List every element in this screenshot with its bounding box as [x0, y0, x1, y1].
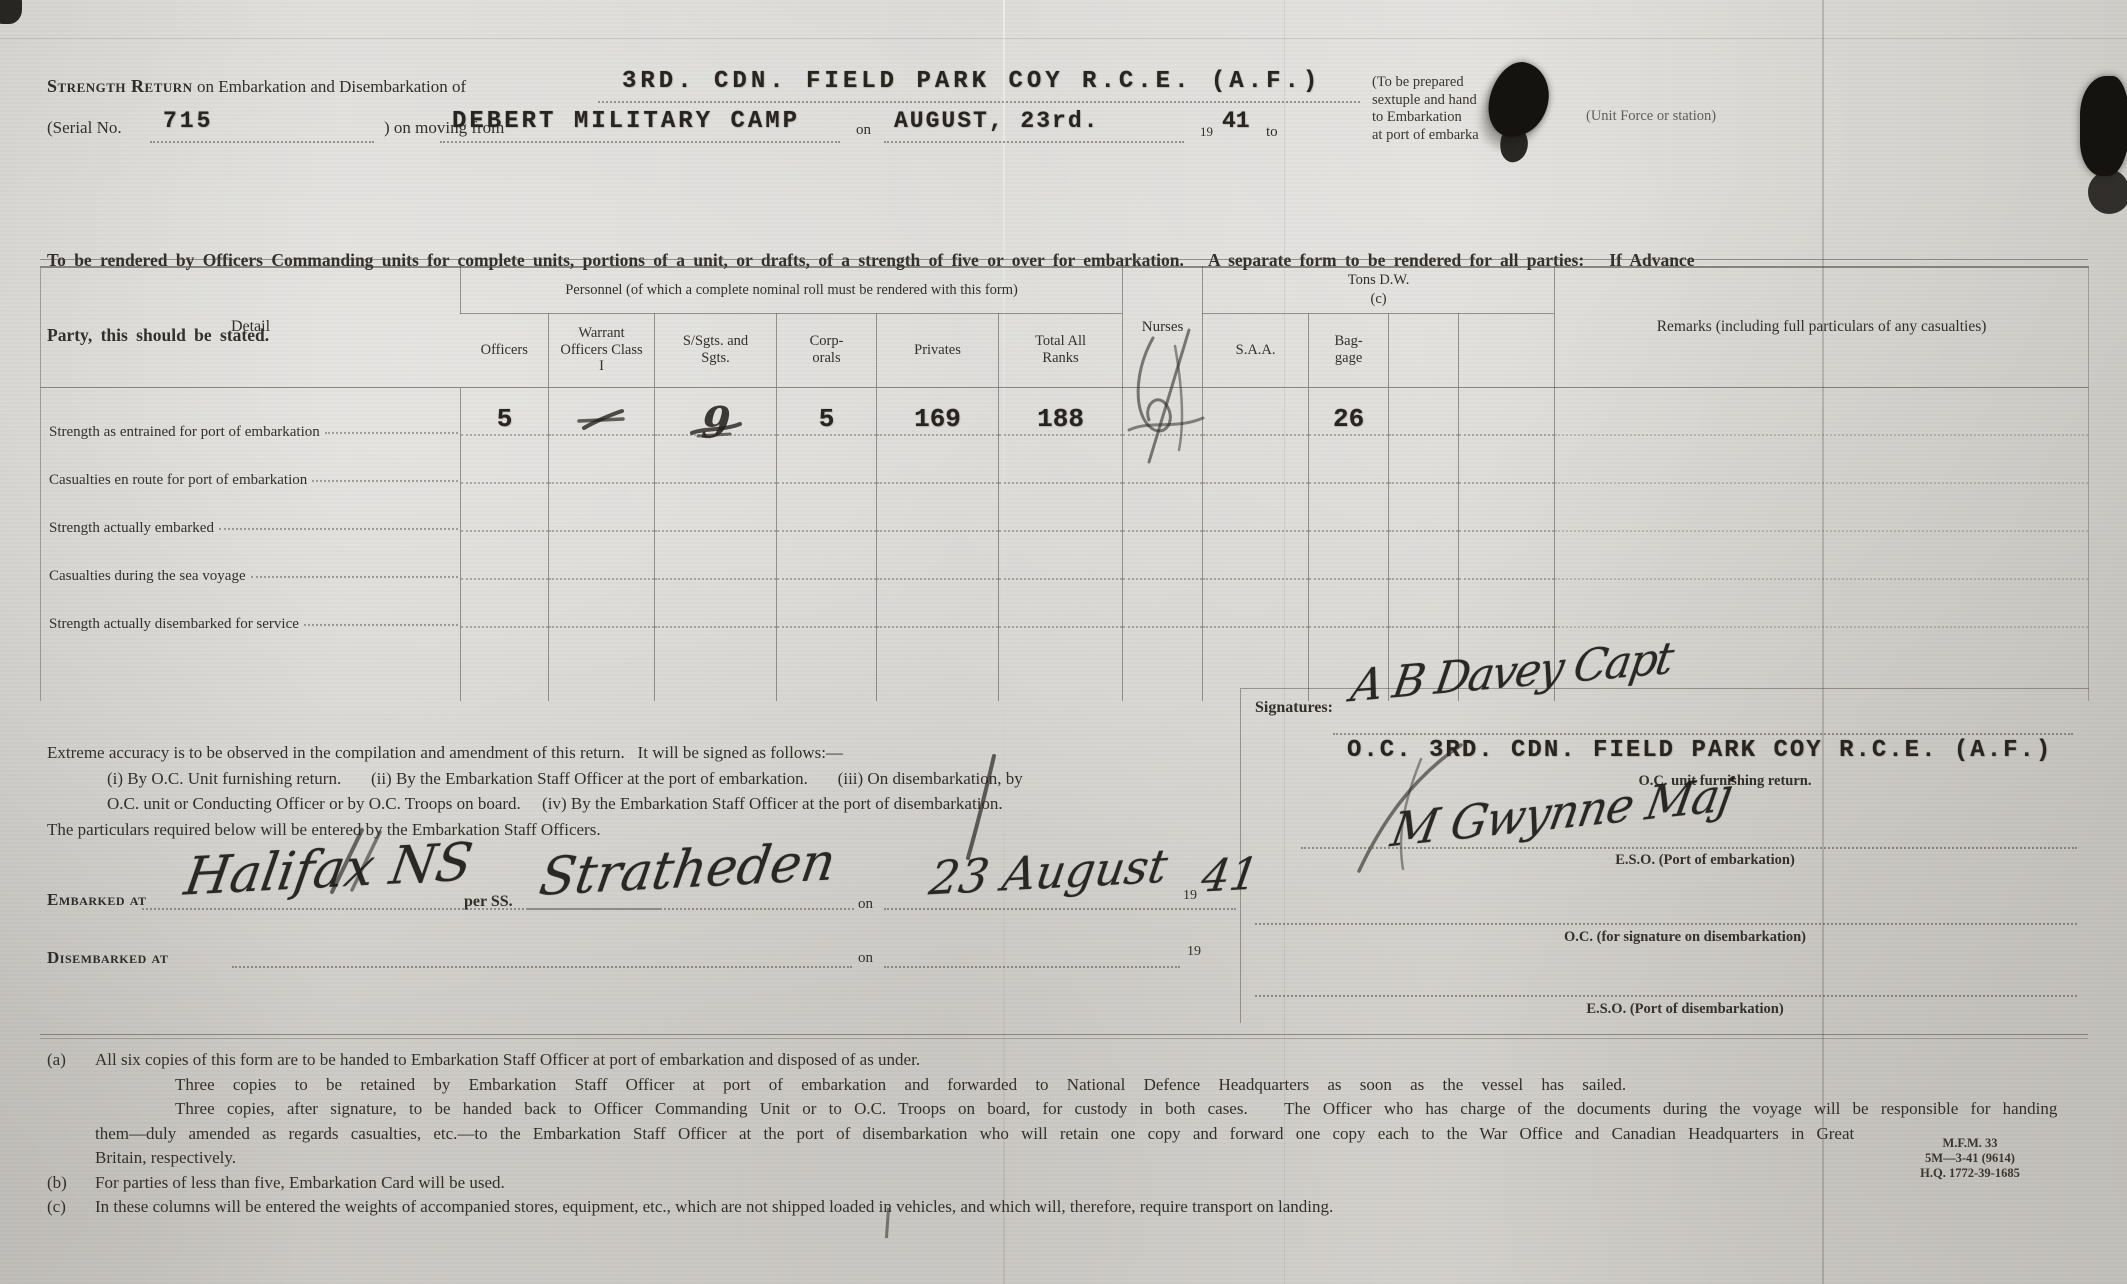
footnotes: (a)All six copies of this form are to be…: [47, 1048, 2088, 1220]
per-ss-label: per SS.: [464, 893, 513, 911]
dotted-leader: [655, 434, 776, 436]
scan-scratch: [0, 38, 2127, 39]
stray-pen-stroke: [962, 752, 1002, 862]
dotted-leader: [1123, 434, 1202, 436]
cell-nurses: [1123, 445, 1203, 493]
table-row: Strength as entrained for port of embark…: [41, 387, 2089, 445]
accuracy-intro: Extreme accuracy is to be observed in th…: [47, 740, 1237, 766]
personnel-header: Personnel (of which a complete nominal r…: [461, 267, 1123, 313]
row-label-cell: Strength actually embarked: [41, 493, 461, 541]
cell-warrant: [549, 387, 655, 445]
on-label: on: [856, 122, 871, 139]
accuracy-instructions: Extreme accuracy is to be observed in th…: [47, 740, 1237, 842]
cell-warrant: [549, 445, 655, 493]
cell-blank: [1389, 589, 1459, 637]
row-label-cell: Strength actually disembarked for servic…: [41, 589, 461, 637]
row-label-cell: Casualties during the sea voyage: [41, 541, 461, 589]
cell-baggage: [1309, 445, 1389, 493]
print-references: M.F.M. 33 5M—3-41 (9614) H.Q. 1772-39-16…: [1880, 1136, 2060, 1181]
cell-privates: 169: [877, 387, 999, 445]
cell-remarks: [1555, 387, 2089, 445]
cell-corporals: 5: [777, 387, 877, 445]
row-label-cell: Casualties en route for port of embarkat…: [41, 445, 461, 493]
footer-rule: [40, 1034, 2088, 1035]
cell-saa: [1203, 493, 1309, 541]
cell-total: [999, 493, 1123, 541]
dotted-leader: [325, 432, 458, 434]
blank-line: [884, 141, 1184, 143]
table-row: Casualties during the sea voyage: [41, 541, 2089, 589]
cell-warrant: [549, 541, 655, 589]
col-header-warrant: Warrant Officers Class I: [549, 313, 655, 387]
dotted-leader: [777, 434, 876, 436]
col-header-baggage: Bag- gage: [1309, 313, 1389, 387]
prepare-note-line: at port of embarka: [1372, 127, 1479, 145]
dotted-leader: [1389, 434, 1458, 436]
cell-total: [999, 589, 1123, 637]
scanned-form-page: Strength Return on Embarkation and Disem…: [0, 0, 2127, 1284]
embark-date-entry: 23 August: [926, 839, 1171, 906]
tons-header-text: Tons D.W. (c): [1340, 271, 1418, 309]
remarks-header: Remarks (including full particulars of a…: [1555, 267, 2089, 387]
signature-line: [1255, 923, 2077, 925]
cell-baggage: [1309, 541, 1389, 589]
cell-blank: [1389, 493, 1459, 541]
blank-line: [232, 966, 852, 968]
eso-embark-caption: E.S.O. (Port of embarkation): [1241, 852, 2127, 869]
accuracy-outro: The particulars required below will be e…: [47, 817, 1237, 843]
col-header-corporals: Corp- orals: [777, 313, 877, 387]
dotted-leader: [877, 434, 998, 436]
cell-blank: [1459, 541, 1555, 589]
cell-blank: [1459, 387, 1555, 445]
blank-line: [598, 101, 1360, 103]
footnote-a-sub2-cont: them—duly amended as regards casualties,…: [47, 1122, 2088, 1147]
dotted-leader: [1309, 434, 1388, 436]
cell-blank: [1459, 445, 1555, 493]
cell-baggage: [1309, 589, 1389, 637]
signatures-box: Signatures: A B Davey Capt O.C. 3RD. CDN…: [1240, 688, 2089, 1023]
origin-entry: DEBERT MILITARY CAMP: [452, 108, 800, 135]
embark-ship-entry: Stratheden: [535, 832, 839, 908]
year-print: 19: [1200, 124, 1213, 140]
station-caption: (Unit Force or station): [1586, 108, 1716, 125]
ink-blot: [2088, 170, 2127, 214]
cell-officers: [461, 445, 549, 493]
unit-name-entry: 3RD. CDN. FIELD PARK COY R.C.E. (A.F.): [622, 68, 1321, 95]
blank-line: [884, 908, 1236, 910]
cell-total: [999, 541, 1123, 589]
footnote-text: In these columns will be entered the wei…: [95, 1197, 1333, 1216]
print-ref-line: M.F.M. 33: [1880, 1136, 2060, 1151]
signature-line: [1301, 847, 2077, 849]
col-header-saa: S.A.A.: [1203, 313, 1309, 387]
year-entry: 41: [1222, 108, 1250, 134]
cell-ssgts: [655, 493, 777, 541]
footnote-text: All six copies of this form are to be ha…: [95, 1050, 920, 1069]
to-label: to: [1266, 124, 1278, 141]
footnote-a-sub2: Three copies, after signature, to be han…: [47, 1097, 2088, 1122]
blank-line: [528, 908, 854, 910]
cell-warrant: [549, 493, 655, 541]
cell-blank: [1459, 493, 1555, 541]
cell-saa: [1203, 589, 1309, 637]
embark-year-print: 19: [1183, 888, 1197, 904]
dotted-leader: [1459, 434, 1554, 436]
blank-line: [440, 141, 840, 143]
cell-officers: [461, 493, 549, 541]
prepare-note: (To be prepared sextuple and hand to Emb…: [1372, 74, 1530, 144]
accuracy-items-2: O.C. unit or Conducting Officer or by O.…: [47, 791, 1237, 817]
cell-blank: [1389, 541, 1459, 589]
cell-total: [999, 445, 1123, 493]
cell-officers: [461, 541, 549, 589]
cell-officers: 5: [461, 387, 549, 445]
corner-smudge: [0, 0, 22, 24]
col-header-blank: [1389, 313, 1459, 387]
dotted-leader: [999, 434, 1122, 436]
cell-corporals: [777, 589, 877, 637]
signatures-label: Signatures:: [1255, 699, 1333, 717]
form-title: Strength Return: [47, 76, 193, 96]
cell-nurses: [1123, 589, 1203, 637]
footnote-b: (b)For parties of less than five, Embark…: [47, 1171, 2088, 1196]
dotted-leader: [251, 576, 458, 578]
footnote-a-sub2-end: Britain, respectively.: [47, 1146, 2088, 1171]
prepare-note-line: (To be prepared: [1372, 74, 1464, 92]
disembark-on-label: on: [858, 950, 873, 967]
table-top-rule: [40, 259, 2088, 260]
footnote-c: (c)In these columns will be entered the …: [47, 1195, 2088, 1220]
dotted-leader: [1203, 434, 1308, 436]
cell-baggage: [1309, 493, 1389, 541]
strength-table: Detail Personnel (of which a complete no…: [40, 266, 2089, 701]
ink-blot: [2080, 76, 2127, 176]
cell-remarks: [1555, 493, 2089, 541]
cell-blank: [1389, 387, 1459, 445]
cell-corporals: [777, 493, 877, 541]
row-label: Strength actually embarked: [41, 520, 214, 541]
footer-rule: [40, 1038, 2088, 1039]
col-header-officers: Officers: [461, 313, 549, 387]
cell-officers: [461, 589, 549, 637]
table-row: Strength actually disembarked for servic…: [41, 589, 2089, 637]
move-date-entry: AUGUST, 23rd.: [894, 108, 1099, 134]
cell-ssgts: 9: [655, 387, 777, 445]
prepare-note-line: sextuple and hand: [1372, 92, 1477, 110]
cell-corporals: [777, 541, 877, 589]
row-label: Strength actually disembarked for servic…: [41, 616, 299, 637]
cell-total: 188: [999, 387, 1123, 445]
blank-line: [884, 966, 1180, 968]
cell-ssgts: [655, 589, 777, 637]
blank-line: [150, 141, 374, 143]
disembarked-at-label: Disembarked at: [47, 948, 168, 968]
embark-port-entry: Halifax NS: [180, 832, 476, 908]
cell-blank: [1459, 589, 1555, 637]
embark-on-label: on: [858, 896, 873, 913]
cell-privates: [877, 445, 999, 493]
print-ref-line: H.Q. 1772-39-1685: [1880, 1166, 2060, 1181]
cell-blank: [1389, 445, 1459, 493]
row-label: Strength as entrained for port of embark…: [41, 424, 320, 445]
cell-saa: [1203, 387, 1309, 445]
footnote-label: (a): [47, 1048, 95, 1073]
dotted-leader: [312, 480, 458, 482]
cell-corporals: [777, 445, 877, 493]
serial-label: (Serial No.: [47, 118, 122, 137]
col-header-ssgts: S/Sgts. and Sgts.: [655, 313, 777, 387]
row-label: Casualties during the sea voyage: [41, 568, 246, 589]
form-title-rest: on Embarkation and Disembarkation of: [197, 77, 466, 96]
crossed-out-entry-mark: [576, 408, 628, 434]
table-row: Casualties en route for port of embarkat…: [41, 445, 2089, 493]
cell-remarks: [1555, 589, 2089, 637]
dotted-leader: [219, 528, 458, 530]
serial-entry: 715: [163, 108, 213, 134]
cell-ssgts: [655, 445, 777, 493]
eso-disembark-caption: E.S.O. (Port of disembarkation): [1241, 1001, 2109, 1018]
dotted-leader: [304, 624, 458, 626]
footnote-label: (b): [47, 1171, 95, 1196]
cell-remarks: [1555, 445, 2089, 493]
embark-year-entry: 41: [1198, 848, 1262, 902]
oc-disembark-caption: O.C. (for signature on disembarkation): [1241, 929, 2109, 946]
cell-privates: [877, 541, 999, 589]
table-header-row-1: Detail Personnel (of which a complete no…: [41, 267, 2089, 313]
disembark-year-print: 19: [1187, 944, 1201, 960]
signature-line: [1255, 995, 2077, 997]
row-label-cell: Strength as entrained for port of embark…: [41, 387, 461, 445]
cell-privates: [877, 493, 999, 541]
cell-nurses: [1123, 541, 1203, 589]
col-header-blank: [1459, 313, 1555, 387]
accuracy-items-1: (i) By O.C. Unit furnishing return. (ii)…: [47, 766, 1237, 792]
footnote-label: (c): [47, 1195, 95, 1220]
row-label: Casualties en route for port of embarkat…: [41, 472, 307, 493]
cell-ssgts: [655, 541, 777, 589]
footnote-a: (a)All six copies of this form are to be…: [47, 1048, 2088, 1073]
col-header-total: Total All Ranks: [999, 313, 1123, 387]
dotted-leader: [549, 434, 654, 436]
detail-header: Detail: [41, 267, 461, 387]
embarked-at-label: Embarked at: [47, 890, 147, 910]
cell-warrant: [549, 589, 655, 637]
cell-baggage: 26: [1309, 387, 1389, 445]
cell-remarks: [1555, 541, 2089, 589]
dotted-leader: [461, 434, 548, 436]
dotted-leader: [1555, 434, 2088, 436]
cell-nurses: [1123, 387, 1203, 445]
footnote-a-sub1: Three copies to be retained by Embarkati…: [47, 1073, 2088, 1098]
cell-nurses: [1123, 493, 1203, 541]
prepare-note-line: to Embarkation: [1372, 109, 1462, 127]
table-row: Strength actually embarked: [41, 493, 2089, 541]
footnote-text: For parties of less than five, Embarkati…: [95, 1173, 505, 1192]
cell-privates: [877, 589, 999, 637]
print-ref-line: 5M—3-41 (9614): [1880, 1151, 2060, 1166]
col-header-privates: Privates: [877, 313, 999, 387]
cell-saa: [1203, 541, 1309, 589]
tons-header: Tons D.W. (c): [1203, 267, 1555, 313]
cell-saa: [1203, 445, 1309, 493]
